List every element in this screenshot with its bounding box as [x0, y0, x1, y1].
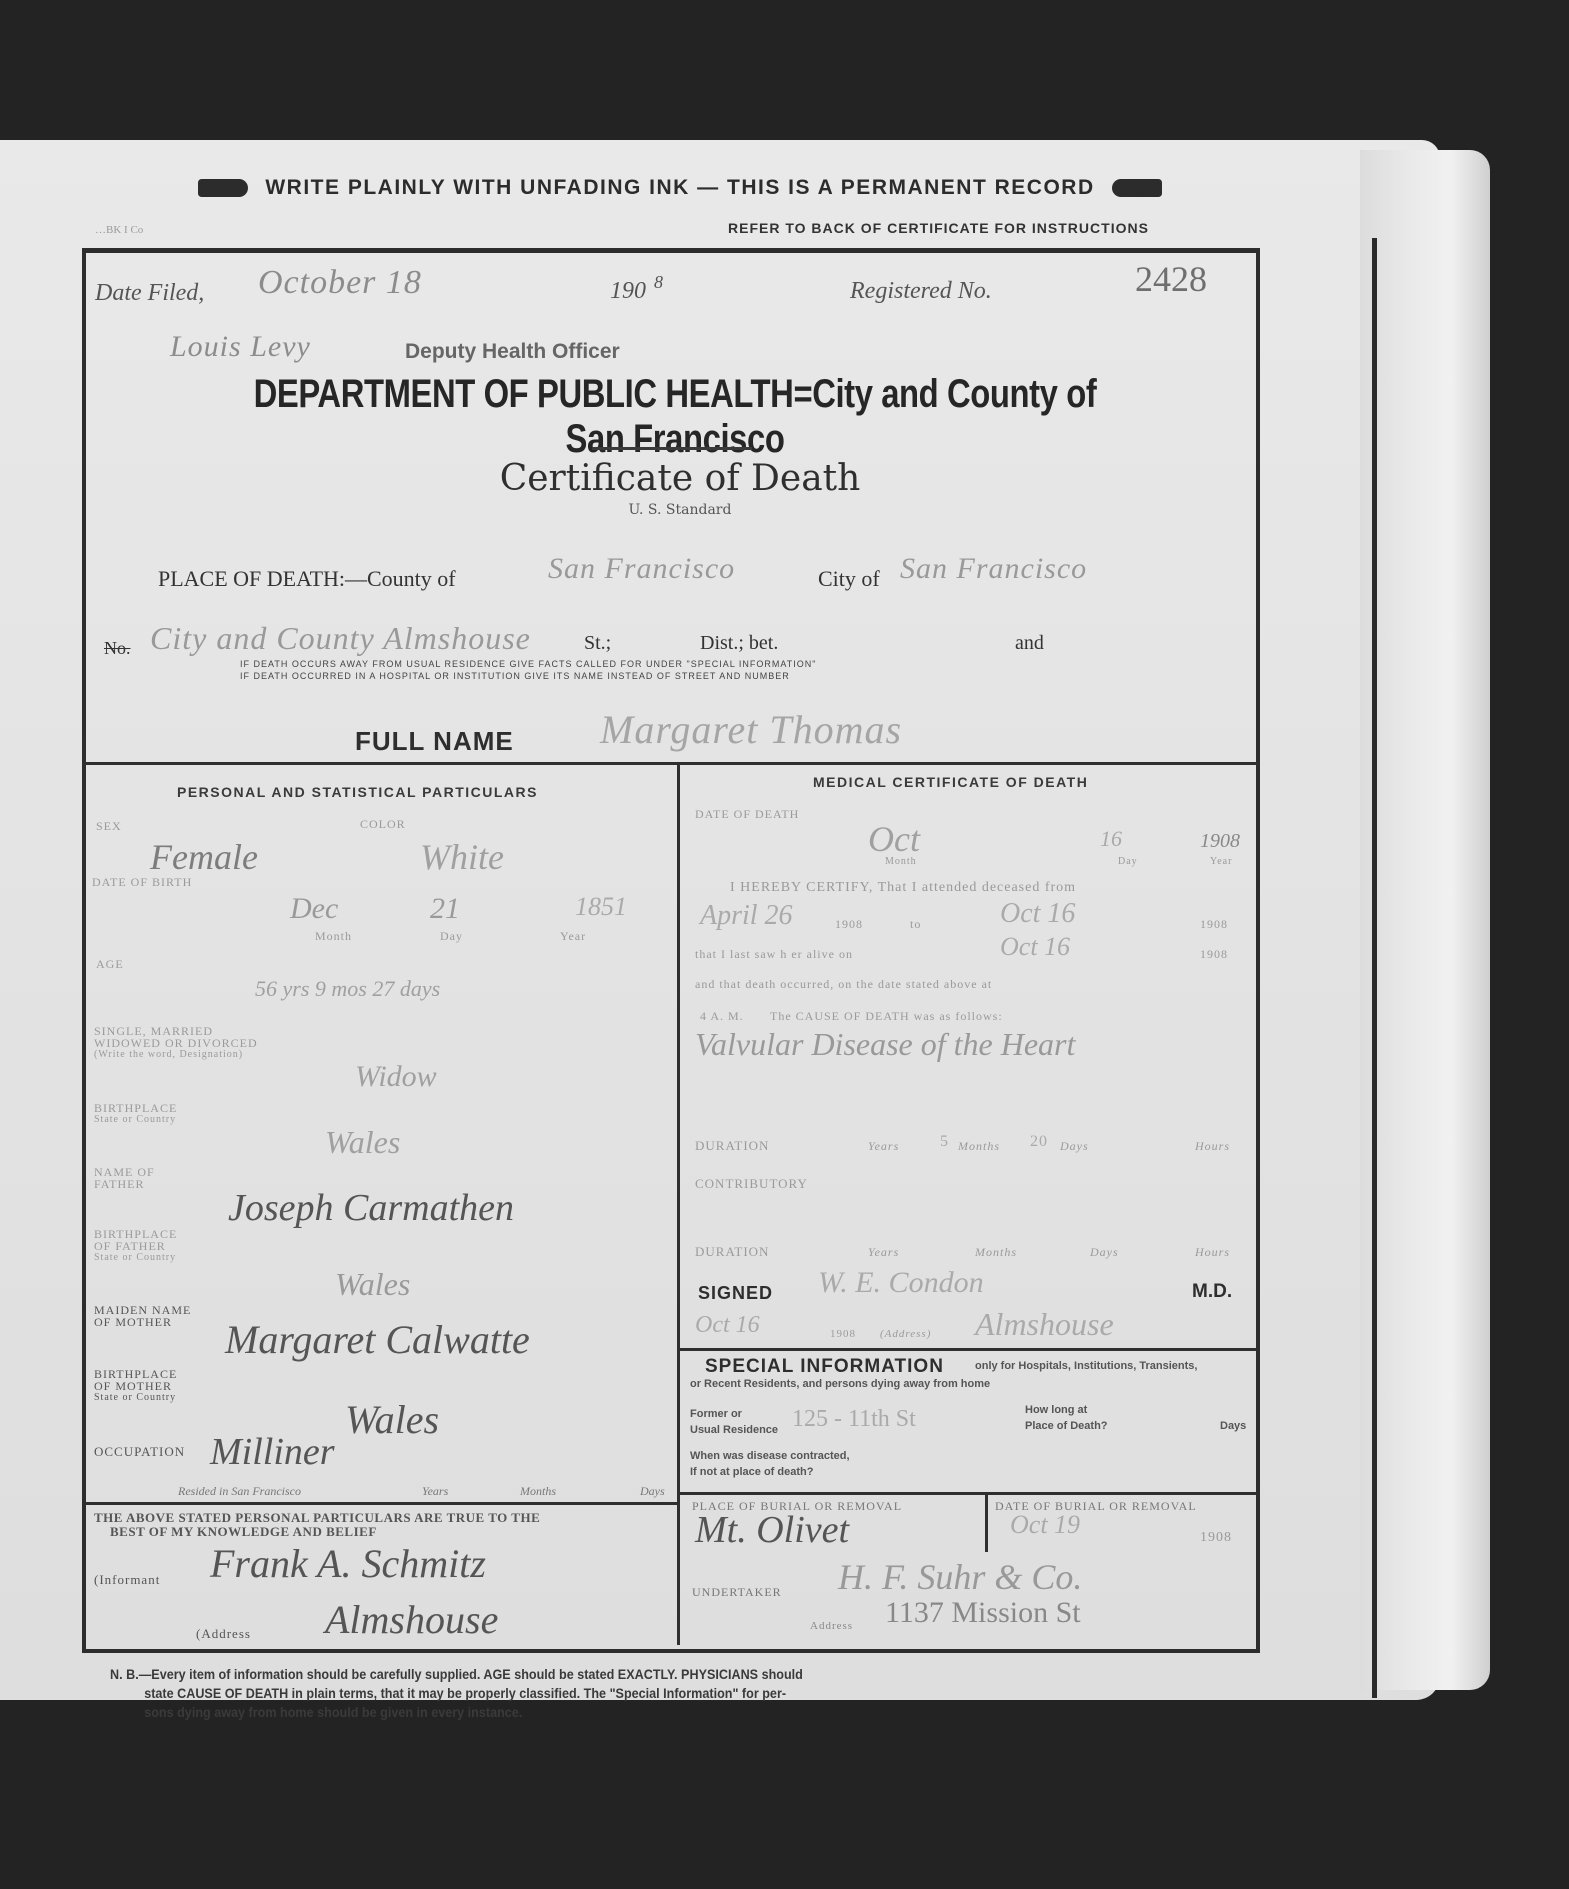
birthplace-sublabel: State or Country	[94, 1114, 176, 1126]
year-value: 8	[654, 272, 663, 293]
full-name-label: FULL NAME	[355, 726, 514, 757]
resided-months-label: Months	[520, 1484, 556, 1499]
marital-label-3: (Write the word, Designation)	[94, 1049, 243, 1061]
footnote-line-1: N. B.—Every item of information should b…	[110, 1665, 1064, 1684]
how-long-label-1: How long at	[1025, 1404, 1087, 1416]
district-label: Dist.; bet.	[700, 632, 778, 655]
undertaker-label: UNDERTAKER	[692, 1586, 782, 1598]
attended-from-year: 1908	[835, 918, 863, 930]
date-filed-value: October 18	[258, 264, 422, 302]
resided-years-label: Years	[422, 1484, 448, 1499]
informant-value: Frank A. Schmitz	[210, 1540, 486, 1587]
last-saw-value: Oct 16	[1000, 932, 1070, 962]
column-divider	[677, 765, 680, 1645]
attest-line-2: BEST OF MY KNOWLEDGE AND BELIEF	[110, 1524, 377, 1540]
special-heading: SPECIAL INFORMATION	[705, 1356, 944, 1378]
residence-note-1: IF DEATH OCCURS AWAY FROM USUAL RESIDENC…	[240, 659, 816, 669]
informant-label: (Informant	[94, 1574, 160, 1586]
mother-label-2: OF MOTHER	[94, 1316, 172, 1328]
cause-text: The CAUSE OF DEATH was as follows:	[770, 1010, 1003, 1022]
how-long-days-label: Days	[1220, 1420, 1246, 1432]
title-divider	[592, 447, 752, 450]
undertaker-address-label: Address	[810, 1620, 853, 1632]
marital-label-2: WIDOWED OR DIVORCED	[94, 1037, 258, 1049]
officer-signature: Louis Levy	[170, 330, 311, 364]
special-subheading-1: only for Hospitals, Institutions, Transi…	[975, 1360, 1197, 1372]
last-saw-year: 1908	[1200, 948, 1228, 960]
city-label: City of	[818, 566, 880, 592]
death-address-value: City and County Almshouse	[150, 620, 531, 657]
registered-label: Registered No.	[850, 278, 992, 305]
special-divider	[680, 1348, 1258, 1351]
informant-address-label: (Address	[196, 1628, 251, 1640]
how-long-label-2: Place of Death?	[1025, 1420, 1108, 1432]
to-label: to	[910, 918, 921, 930]
section-divider	[84, 762, 1258, 765]
mother-birthplace-label-2: OF MOTHER	[94, 1380, 172, 1392]
signed-label: SIGNED	[698, 1283, 773, 1304]
md-label: M.D.	[1192, 1281, 1232, 1303]
occupation-value: Milliner	[210, 1430, 335, 1474]
sex-label: SEX	[96, 820, 122, 832]
duration2-years: Years	[868, 1246, 899, 1258]
dob-month: Dec	[290, 892, 338, 926]
death-day: 16	[1100, 826, 1122, 852]
informant-address-value: Almshouse	[325, 1596, 498, 1643]
and-label: and	[1015, 632, 1044, 655]
contributory-label: CONTRIBUTORY	[695, 1178, 808, 1190]
duration-hours: Hours	[1195, 1140, 1230, 1152]
city-value: San Francisco	[900, 552, 1087, 586]
signature-year: 1908	[830, 1328, 856, 1340]
special-subheading-2: or Recent Residents, and persons dying a…	[690, 1378, 990, 1390]
burial-year: 1908	[1200, 1532, 1232, 1544]
birthplace-label: BIRTHPLACE	[94, 1102, 177, 1114]
color-value: White	[420, 836, 504, 878]
certificate-title: Certificate of Death	[400, 458, 960, 499]
physician-address-label: (Address)	[880, 1328, 931, 1340]
printer-mark: …BK I Co	[95, 224, 143, 236]
sex-value: Female	[150, 836, 258, 878]
residence-label-1: Former or	[690, 1408, 742, 1420]
father-birthplace-label-3: State or Country	[94, 1252, 176, 1264]
father-name-value: Joseph Carmathen	[228, 1186, 514, 1230]
physician-address-value: Almshouse	[975, 1306, 1114, 1343]
number-label: No.	[104, 638, 131, 659]
undertaker-value: H. F. Suhr & Co.	[838, 1556, 1082, 1598]
signature-date: Oct 16	[695, 1312, 760, 1339]
duration-months: Months	[958, 1140, 1000, 1152]
standard-subtitle: U. S. Standard	[400, 502, 960, 518]
page-binding-edge	[1360, 150, 1490, 1690]
resided-label: Resided in San Francisco	[178, 1484, 301, 1499]
attended-to-year: 1908	[1200, 918, 1228, 930]
footnote-line-2: state CAUSE OF DEATH in plain terms, tha…	[110, 1684, 1064, 1703]
dob-year-label: Year	[560, 930, 586, 942]
mother-name-value: Margaret Calwatte	[225, 1316, 530, 1363]
informant-divider	[84, 1502, 678, 1505]
duration2-label: DURATION	[695, 1246, 769, 1258]
refer-instructions: REFER TO BACK OF CERTIFICATE FOR INSTRUC…	[728, 220, 1149, 236]
mother-birthplace-value: Wales	[345, 1396, 439, 1443]
dob-year: 1851	[575, 892, 627, 922]
contracted-label-1: When was disease contracted,	[690, 1450, 850, 1462]
age-label: AGE	[96, 958, 124, 970]
street-label: St.;	[584, 632, 611, 655]
pointing-hand-icon	[1112, 179, 1162, 197]
residence-label-2: Usual Residence	[690, 1424, 778, 1436]
ink-instruction-banner: WRITE PLAINLY WITH UNFADING INK — THIS I…	[130, 176, 1230, 200]
duration-days: Days	[1060, 1140, 1089, 1152]
dob-day: 21	[430, 892, 460, 926]
pointing-hand-icon	[198, 179, 248, 197]
dob-month-label: Month	[315, 930, 352, 942]
duration2-hours: Hours	[1195, 1246, 1230, 1258]
date-of-death-label: DATE OF DEATH	[695, 808, 799, 820]
duration-months-value: 5	[940, 1136, 949, 1148]
duration2-days: Days	[1090, 1246, 1119, 1258]
death-month-label: Month	[885, 856, 917, 868]
occupation-label: OCCUPATION	[94, 1446, 185, 1458]
dob-day-label: Day	[440, 930, 463, 942]
father-birthplace-label-2: OF FATHER	[94, 1240, 166, 1252]
binding-rule	[1372, 238, 1377, 1698]
place-of-death-label: PLACE OF DEATH:—County of	[158, 566, 456, 592]
duration-days-value: 20	[1030, 1136, 1048, 1148]
footnote-line-3: sons dying away from home should be give…	[110, 1703, 1064, 1722]
burial-date-value: Oct 19	[1010, 1510, 1080, 1540]
burial-divider	[680, 1492, 1258, 1495]
cause-value: Valvular Disease of the Heart	[695, 1026, 1075, 1063]
year-printed: 190	[610, 278, 646, 305]
attended-to: Oct 16	[1000, 898, 1075, 930]
banner-text: WRITE PLAINLY WITH UNFADING INK — THIS I…	[265, 176, 1094, 199]
death-year-label: Year	[1210, 856, 1232, 868]
burial-place-value: Mt. Olivet	[695, 1508, 849, 1552]
death-day-label: Day	[1118, 856, 1138, 868]
death-year: 1908	[1200, 830, 1240, 853]
duration2-months: Months	[975, 1246, 1017, 1258]
date-filed-label: Date Filed,	[95, 280, 204, 307]
undertaker-address-value: 1137 Mission St	[885, 1596, 1081, 1630]
usual-residence-value: 125 - 11th St	[792, 1406, 916, 1433]
full-name-value: Margaret Thomas	[600, 706, 902, 753]
footnote: N. B.—Every item of information should b…	[110, 1665, 1064, 1722]
duration-label: DURATION	[695, 1140, 769, 1152]
age-value: 56 yrs 9 mos 27 days	[255, 976, 440, 1002]
birthplace-value: Wales	[325, 1124, 400, 1161]
medical-heading: MEDICAL CERTIFICATE OF DEATH	[813, 774, 1088, 790]
resided-days-label: Days	[640, 1484, 665, 1499]
death-month: Oct	[868, 818, 920, 860]
occurred-text: and that death occurred, on the date sta…	[695, 978, 992, 990]
father-birthplace-value: Wales	[335, 1266, 410, 1303]
contracted-label-2: If not at place of death?	[690, 1466, 813, 1478]
last-saw-text: that I last saw h er alive on	[695, 948, 853, 960]
physician-signature: W. E. Condon	[818, 1266, 984, 1300]
burial-column-divider	[985, 1494, 988, 1552]
county-value: San Francisco	[548, 552, 735, 586]
personal-heading: PERSONAL AND STATISTICAL PARTICULARS	[177, 784, 538, 800]
father-label-2: FATHER	[94, 1178, 144, 1190]
residence-note-2: IF DEATH OCCURRED IN A HOSPITAL OR INSTI…	[240, 671, 790, 681]
officer-title: Deputy Health Officer	[405, 340, 620, 364]
attended-from: April 26	[700, 900, 793, 932]
marital-value: Widow	[355, 1060, 437, 1094]
dob-label: DATE OF BIRTH	[92, 876, 192, 888]
mother-birthplace-label-3: State or Country	[94, 1392, 176, 1404]
registered-number: 2428	[1135, 258, 1207, 300]
color-label: COLOR	[360, 818, 406, 830]
duration-years: Years	[868, 1140, 899, 1152]
certify-text: I HEREBY CERTIFY, That I attended deceas…	[730, 882, 1076, 894]
time-of-death: 4 A. M.	[700, 1010, 744, 1022]
